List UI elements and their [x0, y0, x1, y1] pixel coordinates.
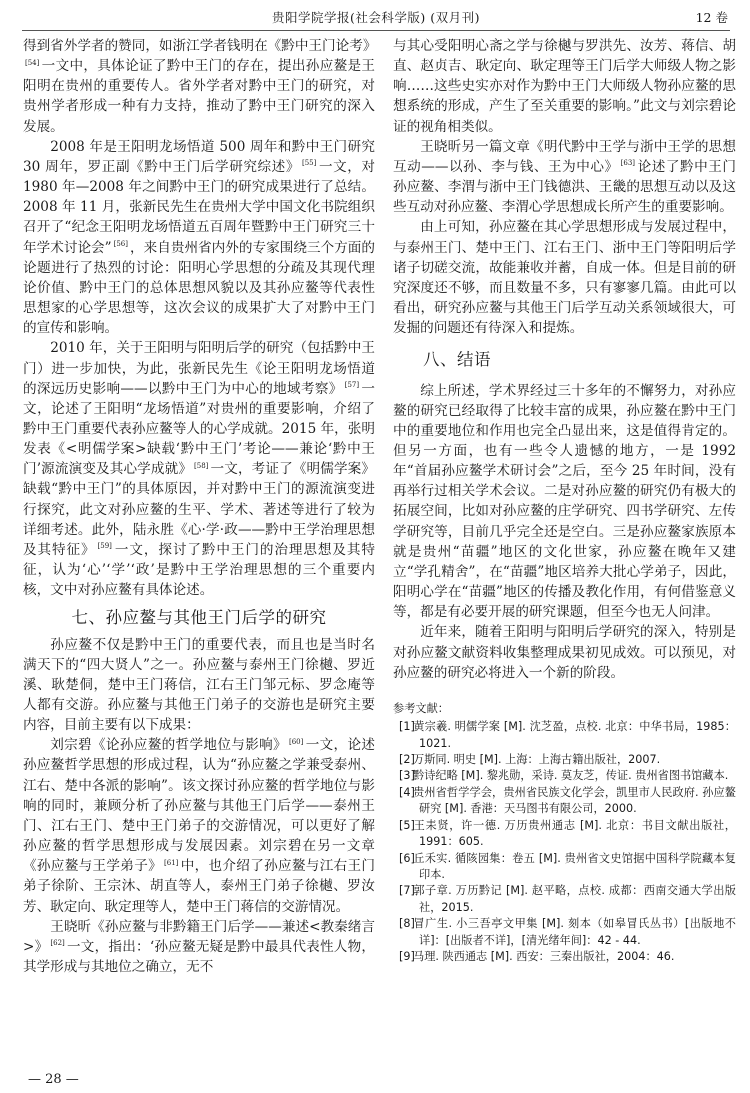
paragraph: 2008 年是王阳明龙场悟道 500 周年和黔中王门研究 30 周年，罗正副《黔…: [23, 137, 375, 339]
paragraph: 孙应鳌不仅是黔中王门的重要代表，而且也是当时名满天下的“四大贤人”之一。孙应鳌与…: [23, 635, 375, 736]
citation-ref[interactable]: [60]: [287, 738, 305, 746]
reference-item: [1]黄宗羲. 明儒学案 [M]. 沈芝盈，点校. 北京：中华书局，1985：1…: [393, 719, 736, 752]
right-column: 与其心受阳明心斋之学与徐樾与罗洪先、汝芳、蒋信、胡直、赵贞吉、耿定向、耿定理等王…: [393, 36, 736, 965]
reference-item: [6]丘禾实. 循陔园集：卷五 [M]. 贵州省文史馆据中国科学院藏本复印本.: [393, 851, 736, 884]
citation-ref[interactable]: [62]: [48, 939, 66, 947]
paragraph: 刘宗碧《论孙应鳌的哲学地位与影响》[60]一文，论述孙应鳌哲学思想的形成过程，认…: [23, 735, 375, 916]
citation-ref[interactable]: [56]: [112, 240, 130, 248]
citation-ref[interactable]: [58]: [192, 462, 210, 470]
left-column: 得到省外学者的赞同，如浙江学者钱明在《黔中王门论考》[54]一文中，具体论证了黔…: [23, 36, 375, 977]
paragraph: 王晓昕《孙应鳌与非黔籍王门后学——兼述<教秦绪言>》[62]一文，指出：‘孙应鳌…: [23, 917, 375, 977]
reference-item: [9]马理. 陕西通志 [M]. 西安：三秦出版社，2004：46.: [393, 949, 736, 965]
paragraph: 综上所述，学术界经过三十多年的不懈努力，对孙应鳌的研究已经取得了比较丰富的成果，…: [393, 381, 736, 623]
reference-item: [8]冒广生. 小三吾亭文甲集 [M]. 刻本（如皋冒氏丛书）[出版地不详]：[…: [393, 916, 736, 949]
section-heading-7: 七、孙应鳌与其他王门后学的研究: [23, 608, 375, 628]
reference-item: [2]万斯同. 明史 [M]. 上海：上海古籍出版社，2007.: [393, 752, 736, 768]
references-list: 参考文献： [1]黄宗羲. 明儒学案 [M]. 沈芝盈，点校. 北京：中华书局，…: [393, 701, 736, 966]
paragraph: 王晓昕另一篇文章《明代黔中王学与浙中王学的思想互动——以孙、李与钱、王为中心》[…: [393, 137, 736, 218]
citation-ref[interactable]: [54]: [23, 59, 41, 67]
paragraph: 2010 年，关于王阳明与阳明后学的研究（包括黔中王门）进一步加快，为此，张新民…: [23, 338, 375, 600]
paragraph: 得到省外学者的赞同，如浙江学者钱明在《黔中王门论考》[54]一文中，具体论证了黔…: [23, 36, 375, 137]
reference-item: [4]贵州省哲学学会，贵州省民族文化学会，凯里市人民政府. 孙应鳌研究 [M].…: [393, 785, 736, 818]
paragraph: 与其心受阳明心斋之学与徐樾与罗洪先、汝芳、蒋信、胡直、赵贞吉、耿定向、耿定理等王…: [393, 36, 736, 137]
citation-ref[interactable]: [61]: [162, 859, 180, 867]
reference-item: [3]黔诗纪略 [M]. 黎兆勋，采诗. 莫友芝，传证. 贵州省图书馆藏本.: [393, 768, 736, 784]
section-heading-8: 八、结语: [393, 350, 736, 370]
reference-item: [5]王耒贤，许一德. 万历贵州通志 [M]. 北京：书目文献出版社，1991：…: [393, 818, 736, 851]
running-header: 贵阳学院学报(社会科学版) (双月刊) 12 卷: [22, 0, 730, 31]
volume-label: 12 卷: [696, 8, 728, 26]
citation-ref[interactable]: [57]: [343, 381, 361, 389]
citation-ref[interactable]: [59]: [96, 542, 114, 550]
citation-ref[interactable]: [63]: [619, 159, 637, 167]
page-number: — 28 —: [28, 1072, 79, 1087]
references-heading: 参考文献：: [393, 701, 736, 717]
paragraph: 由上可知，孙应鳌在其心学思想形成与发展过程中，与泰州王门、楚中王门、江右王门、浙…: [393, 217, 736, 338]
journal-title: 贵阳学院学报(社会科学版) (双月刊): [22, 8, 730, 26]
citation-ref[interactable]: [55]: [300, 159, 318, 167]
reference-item: [7]郭子章. 万历黔记 [M]. 赵平略，点校. 成都：西南交通大学出版社，2…: [393, 883, 736, 916]
paragraph: 近年来，随着王阳明与阳明后学研究的深入，特别是对孙应鳌文献资料收集整理成果初见成…: [393, 622, 736, 682]
